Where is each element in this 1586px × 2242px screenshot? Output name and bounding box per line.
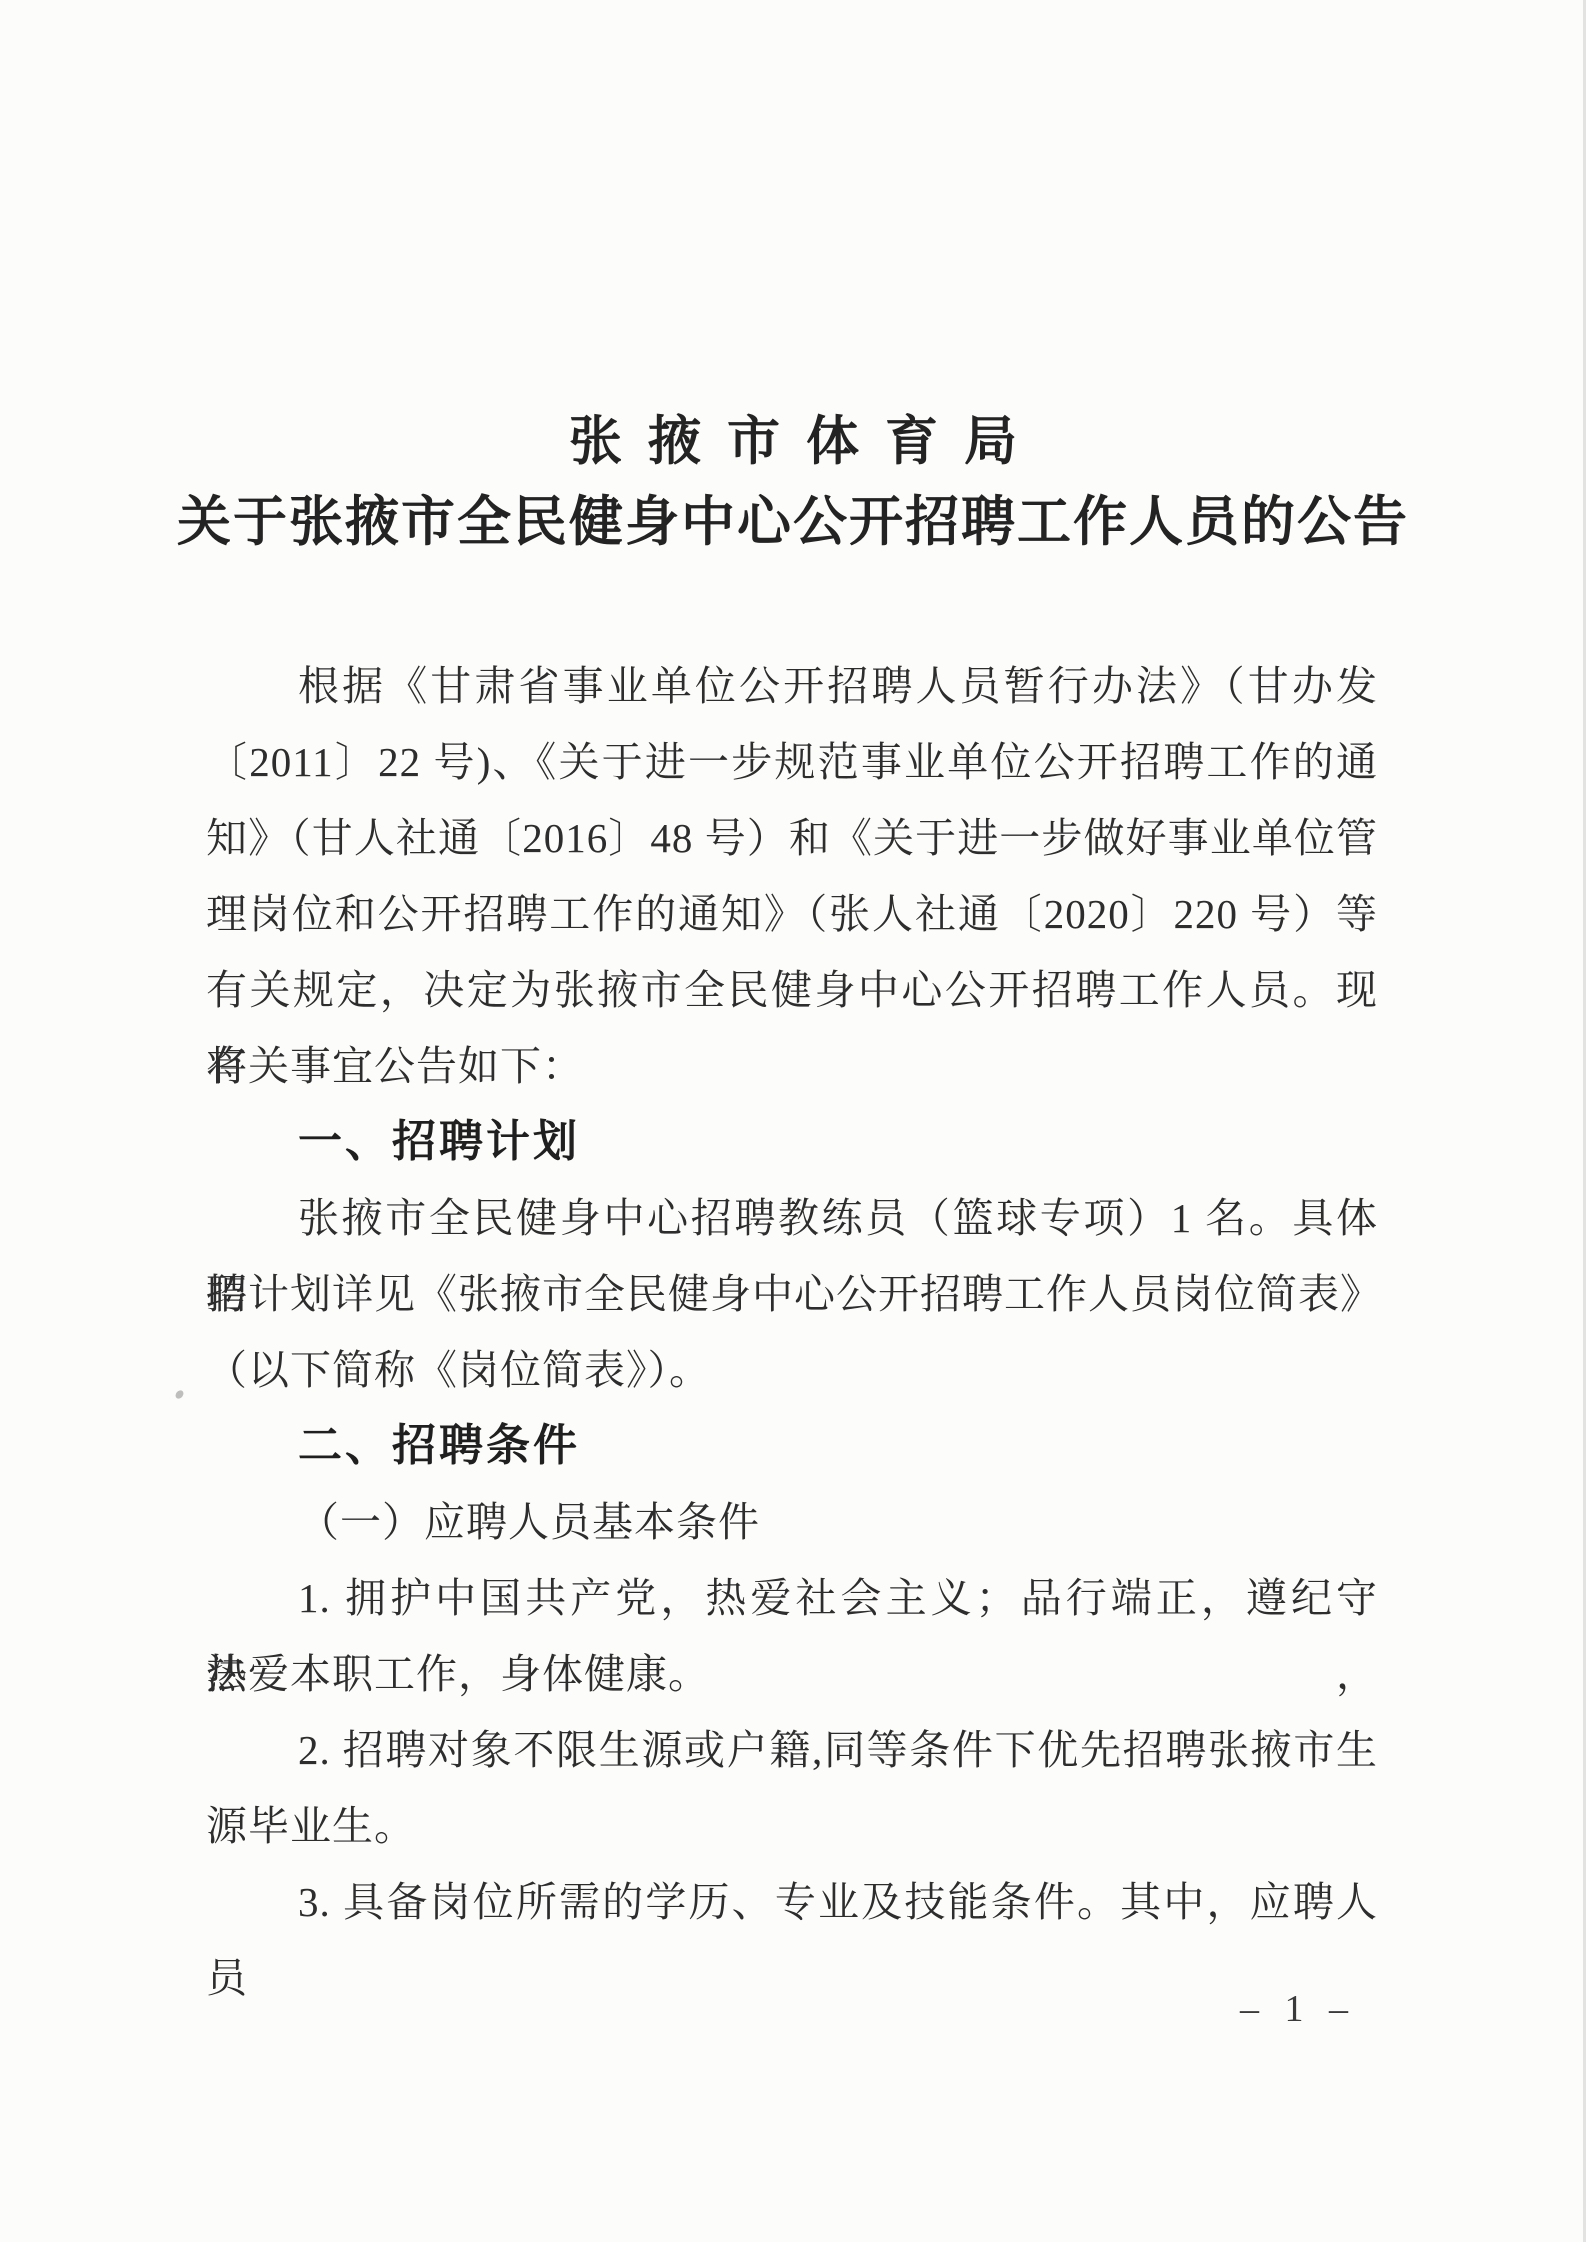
section-2-item-2-line-2: 源毕业生。 — [206, 1788, 1378, 1864]
intro-line-6: 有关事宜公告如下： — [206, 1028, 1378, 1104]
section-2-heading: 二、招聘条件 — [206, 1408, 1378, 1484]
scan-speck — [174, 1389, 185, 1400]
section-2-item-2-line-1: 2. 招聘对象不限生源或户籍,同等条件下优先招聘张掖市生 — [206, 1712, 1378, 1788]
intro-line-4: 理岗位和公开招聘工作的通知》（张人社通〔2020〕220 号）等 — [206, 876, 1378, 952]
document-body: 根据《甘肃省事业单位公开招聘人员暂行办法》（甘办发 〔2011〕22 号)、《关… — [206, 648, 1378, 1940]
section-1-line-1: 张掖市全民健身中心招聘教练员（篮球专项）1 名。具体招 — [206, 1180, 1378, 1256]
intro-line-1: 根据《甘肃省事业单位公开招聘人员暂行办法》（甘办发 — [206, 648, 1378, 724]
intro-line-2: 〔2011〕22 号)、《关于进一步规范事业单位公开招聘工作的通 — [206, 724, 1378, 800]
document-subject-title: 关于张掖市全民健身中心公开招聘工作人员的公告 — [0, 489, 1586, 555]
document-org-title: 张掖市体育局 — [0, 410, 1586, 474]
intro-line-3: 知》（甘人社通〔2016〕48 号）和《关于进一步做好事业单位管 — [206, 800, 1378, 876]
section-1-line-3: （以下简称《岗位简表》）。 — [206, 1332, 1378, 1408]
intro-line-5: 有关规定，决定为张掖市全民健身中心公开招聘工作人员。现将 — [206, 952, 1378, 1028]
section-1-heading: 一、招聘计划 — [206, 1104, 1378, 1180]
section-2-item-1-line-1: 1. 拥护中国共产党，热爱社会主义；品行端正，遵纪守法， — [206, 1560, 1378, 1636]
section-1-line-2: 聘计划详见《张掖市全民健身中心公开招聘工作人员岗位简表》 — [206, 1256, 1378, 1332]
section-2-item-3-line-1: 3. 具备岗位所需的学历、专业及技能条件。其中，应聘人员 — [206, 1864, 1378, 1940]
scanned-document-page: 张掖市体育局 关于张掖市全民健身中心公开招聘工作人员的公告 根据《甘肃省事业单位… — [0, 0, 1586, 2242]
section-2-subheading: （一）应聘人员基本条件 — [206, 1484, 1378, 1560]
page-number: – 1 – — [1240, 1985, 1356, 2033]
